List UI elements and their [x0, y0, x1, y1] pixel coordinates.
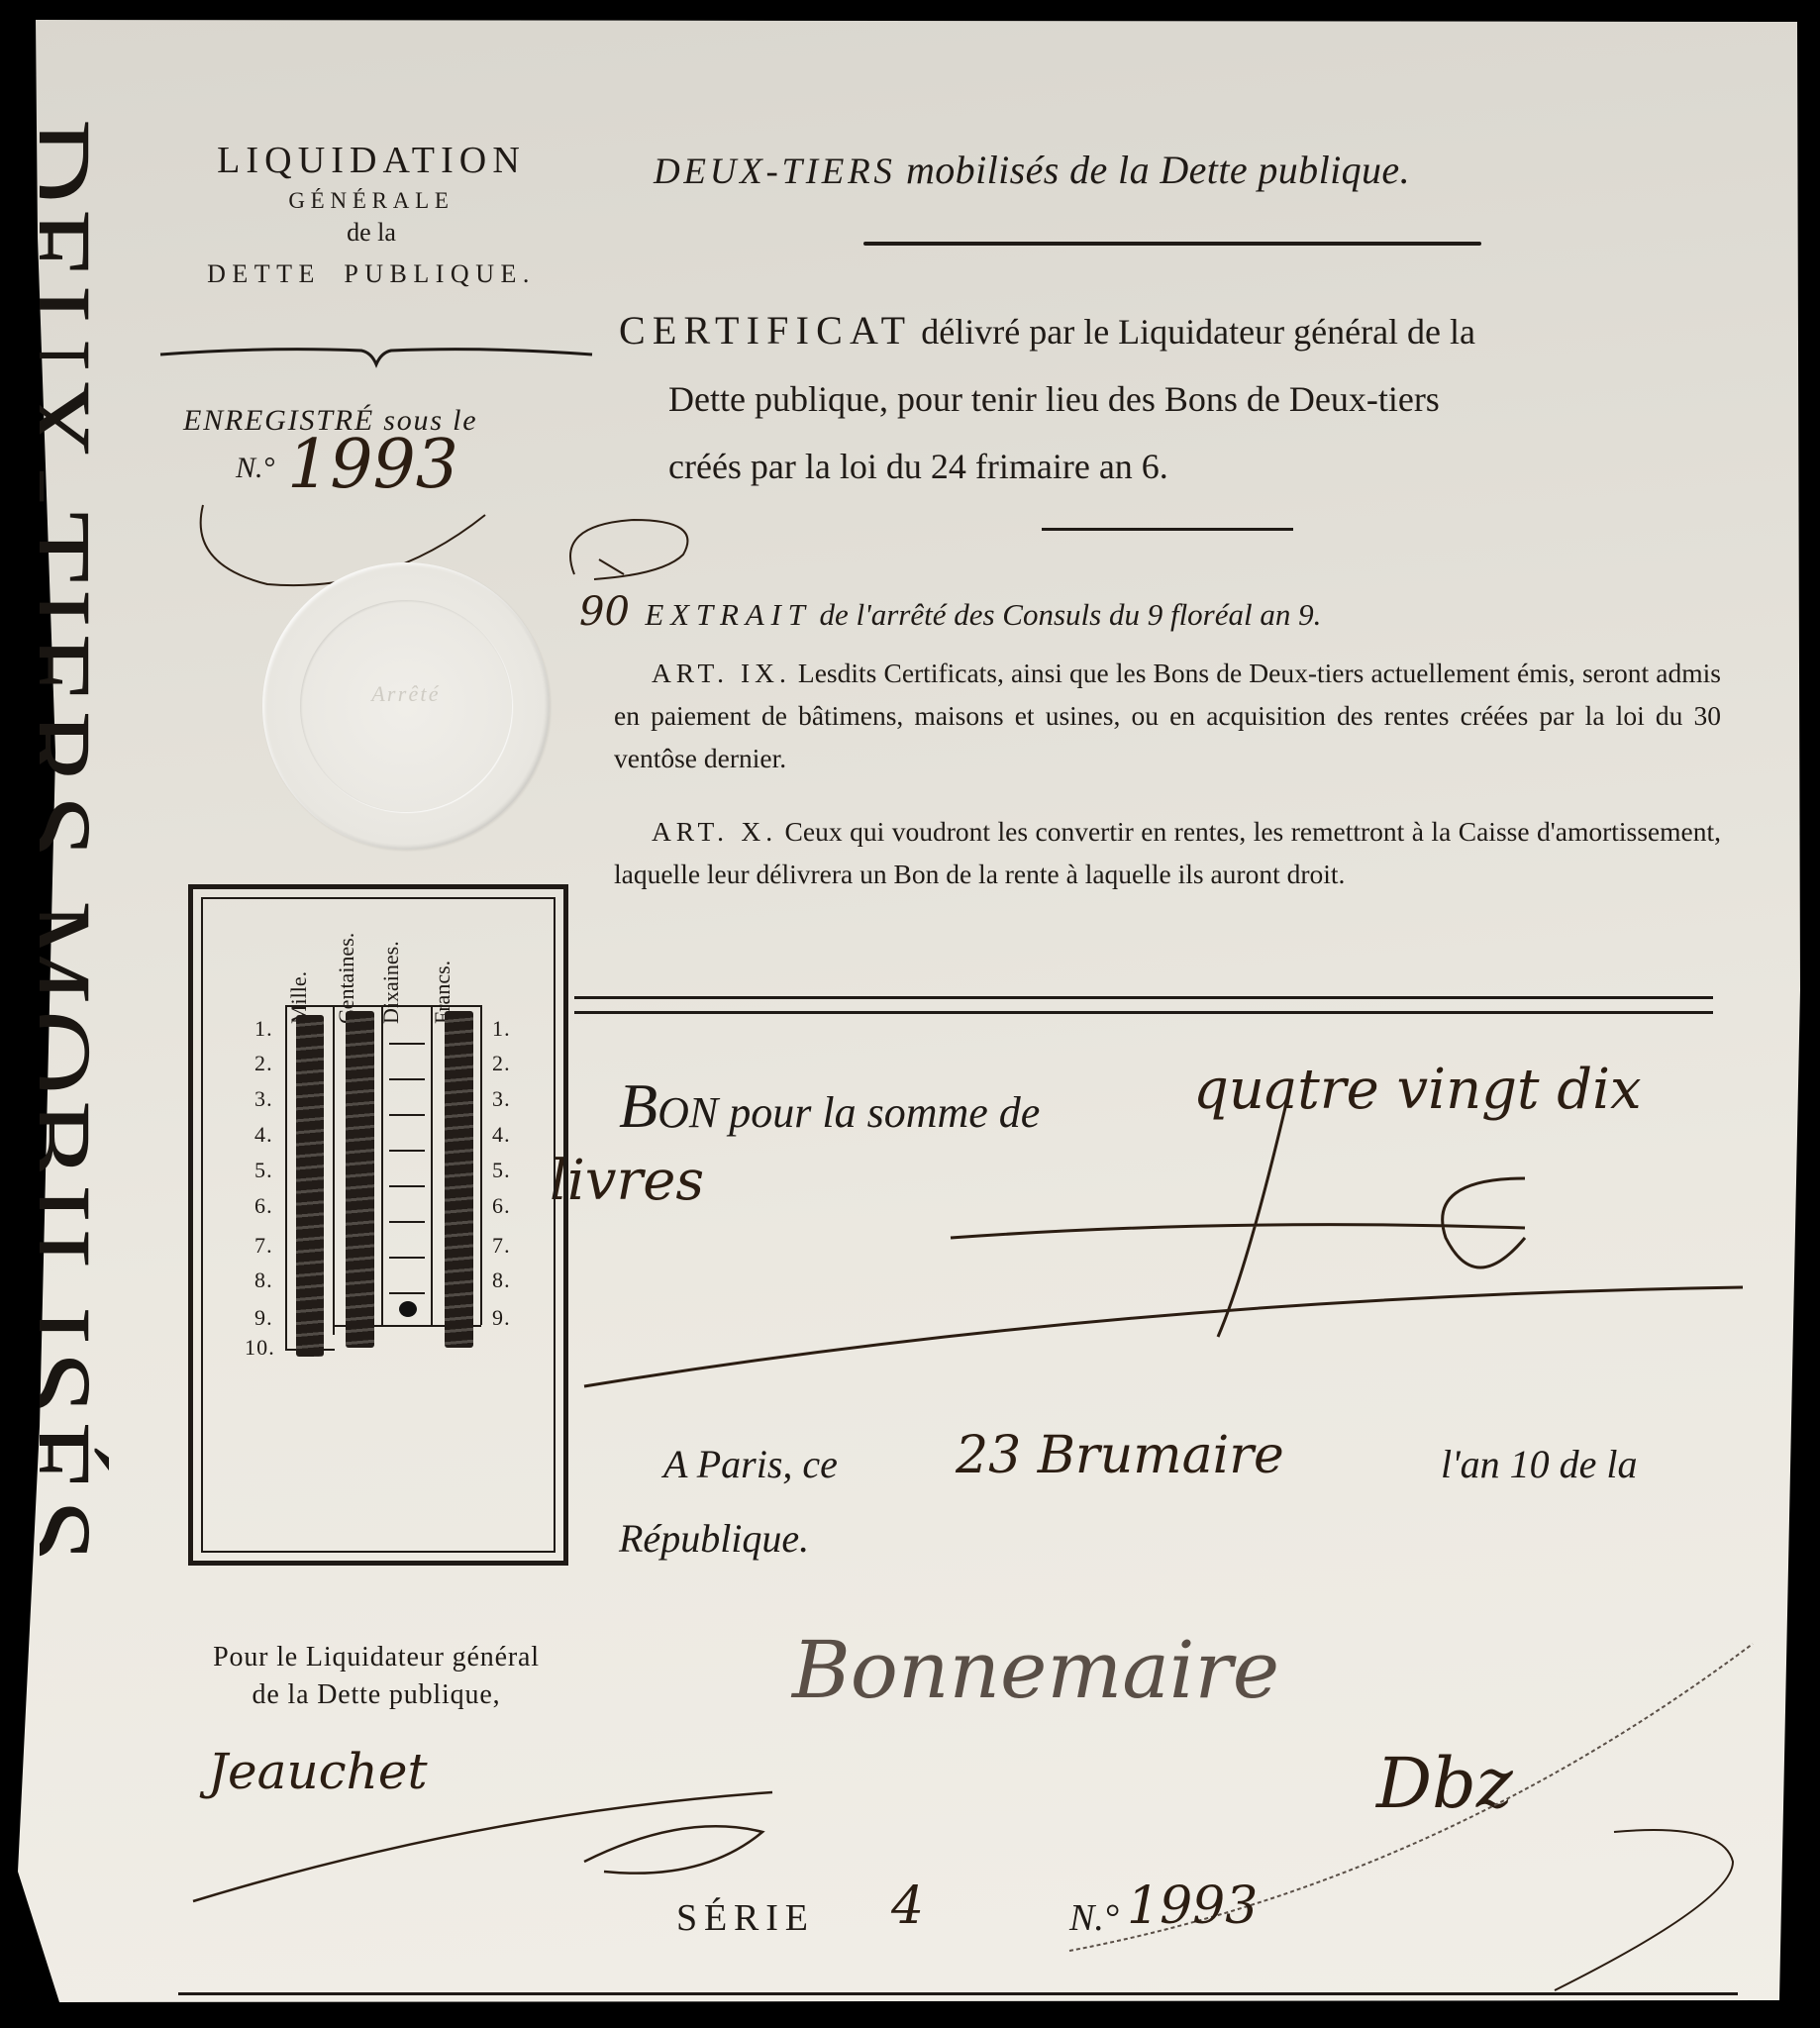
bottom-rule: [178, 1992, 1738, 1995]
dixaines-tick: [389, 1150, 425, 1152]
extrait-caps: EXTRAIT: [645, 597, 811, 632]
extrait-heading: 90 EXTRAIT de l'arrêté des Consuls du 9 …: [579, 589, 1321, 635]
row-number-left: 5.: [254, 1158, 273, 1183]
grid-line: [480, 1005, 482, 1325]
serie-label: SÉRIE: [676, 1896, 815, 1940]
dixaines-tick: [389, 1292, 425, 1294]
certificate-lead: CERTIFICAT: [619, 308, 912, 353]
brace-ornament-icon: [158, 343, 594, 372]
certificate-line-1: délivré par le Liquidateur général de la: [921, 312, 1475, 352]
dixaines-tick: [389, 1257, 425, 1259]
article-10: ART. X. Ceux qui voudront les convertir …: [614, 810, 1721, 895]
dixaines-tick: [389, 1114, 425, 1116]
article-10-text: Ceux qui voudront les convertir en rente…: [614, 816, 1721, 889]
row-number-left: 10.: [245, 1335, 275, 1361]
francs-filled-bar: [445, 1011, 473, 1348]
margin-vertical-heading: DEUX-TIERS MOBILISÉS: [40, 119, 109, 2010]
certificate-line-2: Dette publique, pour tenir lieu des Bons…: [619, 365, 1718, 433]
row-number-right: 4.: [492, 1122, 511, 1148]
row-number-left: 6.: [254, 1193, 273, 1219]
certificate-line-3: créés par la loi du 24 frimaire an 6.: [619, 433, 1718, 500]
centaines-filled-bar: [346, 1011, 374, 1348]
dixaines-punch-mark: [399, 1301, 417, 1317]
serie-handwritten: 4: [891, 1876, 924, 1936]
signatory-block: Pour le Liquidateur général de la Dette …: [153, 1639, 599, 1714]
row-number-right: 3.: [492, 1086, 511, 1112]
mille-filled-bar: [296, 1015, 324, 1357]
counterfoil-box: Mille. Centaines. Dixaines. Francs. 1. 2…: [188, 884, 568, 1566]
amount-flourish-icon: [535, 1069, 1763, 1406]
margin-vertical-text: DEUX-TIERS MOBILISÉS: [40, 119, 109, 1570]
grid-line: [333, 1005, 335, 1335]
signatory-line-2: de la Dette publique,: [153, 1676, 599, 1714]
section-rule: [1042, 528, 1293, 531]
registration-number-label: N.°: [236, 452, 275, 485]
issuer-line-2: GÉNÉRALE: [149, 188, 594, 214]
issuer-line-3: de la: [149, 218, 594, 248]
issuer-line-1: LIQUIDATION: [149, 139, 594, 182]
date-suffix: l'an 10 de la: [1441, 1441, 1638, 1487]
row-number-right: 9.: [492, 1305, 511, 1331]
document-title: DEUX-TIERS mobilisés de la Dette publiqu…: [654, 147, 1410, 193]
embossed-seal: Arrêté: [262, 562, 550, 850]
row-number-right: 1.: [492, 1016, 511, 1042]
counterfoil-inner-border: Mille. Centaines. Dixaines. Francs. 1. 2…: [201, 897, 556, 1553]
seal-text: Arrêté: [262, 681, 550, 707]
grid-line: [431, 1005, 433, 1325]
double-rule-top: [574, 996, 1713, 999]
certificate-text: CERTIFICAT délivré par le Liquidateur gé…: [619, 297, 1718, 500]
article-9: ART. IX. Lesdits Certificats, ainsi que …: [614, 652, 1721, 779]
serie-number-handwritten: 1993: [1127, 1876, 1258, 1936]
double-rule-bottom: [574, 1011, 1713, 1014]
title-rest: mobilisés de la Dette publique.: [906, 148, 1410, 192]
date-line-2: République.: [619, 1515, 809, 1562]
row-number-left: 1.: [254, 1016, 273, 1042]
signature-right-flourish-icon: [1040, 1624, 1792, 2000]
row-number-left: 4.: [254, 1122, 273, 1148]
dixaines-tick: [389, 1221, 425, 1223]
dixaines-tick: [389, 1185, 425, 1187]
issuer-header: LIQUIDATION GÉNÉRALE de la DETTE PUBLIQU…: [149, 139, 594, 289]
row-number-left: 8.: [254, 1267, 273, 1293]
row-number-right: 5.: [492, 1158, 511, 1183]
row-number-left: 2.: [254, 1051, 273, 1076]
signatory-line-1: Pour le Liquidateur général: [153, 1639, 599, 1676]
dixaines-tick: [389, 1043, 425, 1045]
row-number-left: 9.: [254, 1305, 273, 1331]
grid-line: [381, 1005, 383, 1325]
row-number-right: 2.: [492, 1051, 511, 1076]
issuer-line-4: DETTE PUBLIQUE.: [149, 259, 594, 289]
row-number-left: 3.: [254, 1086, 273, 1112]
annotation-handwritten: 90: [579, 589, 630, 635]
title-caps: DEUX-TIERS: [654, 152, 896, 192]
date-prefix: A Paris, ce: [663, 1441, 838, 1487]
article-10-label: ART. X.: [652, 816, 777, 847]
title-rule: [863, 242, 1481, 246]
date-handwritten: 23 Brumaire: [956, 1426, 1284, 1485]
serie-number-label: N.°: [1069, 1896, 1119, 1940]
dixaines-tick: [389, 1078, 425, 1080]
row-number-right: 7.: [492, 1233, 511, 1259]
grid-left-line: [285, 1005, 287, 1349]
signature-left-flourish-icon: [188, 1773, 782, 1911]
article-9-label: ART. IX.: [652, 658, 791, 688]
extrait-rest: de l'arrêté des Consuls du 9 floréal an …: [819, 597, 1321, 632]
row-number-left: 7.: [254, 1233, 273, 1259]
row-number-right: 6.: [492, 1193, 511, 1219]
row-number-right: 8.: [492, 1267, 511, 1293]
